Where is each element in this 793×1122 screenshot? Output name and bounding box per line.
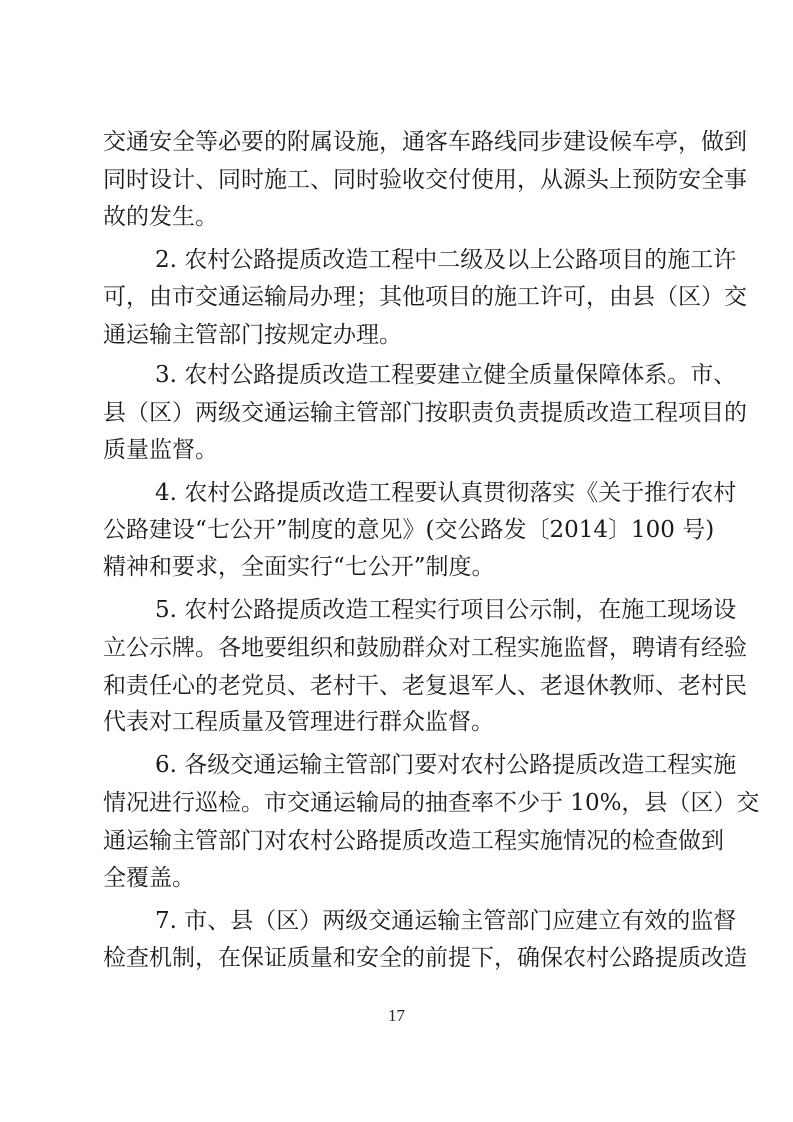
text-line: 质量监督。 [103,431,691,469]
item-6-first-line: 6. 各级交通运输主管部门要对农村公路提质改造工程实施 [103,746,691,784]
page-number: 17 [0,1006,793,1026]
text-line: 精神和要求，全面实行“七公开”制度。 [103,548,691,586]
item-5-first-line: 5. 农村公路提质改造工程实行项目公示制，在施工现场设 [103,591,691,629]
text-line: 立公示牌。各地要组织和鼓励群众对工程实施监督，聘请有经验 [103,629,691,667]
text-line: 故的发生。 [103,198,691,236]
text-line: 全覆盖。 [103,859,691,897]
text-line: 可，由市交通运输局办理；其他项目的施工许可，由县（区）交 [103,278,691,316]
text-line: 和责任心的老党员、老村干、老复退军人、老退休教师、老村民 [103,667,691,705]
document-page: 交通安全等必要的附属设施，通客车路线同步建设候车亭，做到 同时设计、同时施工、同… [0,0,793,1122]
text-line: 县（区）两级交通运输主管部门按职责负责提质改造工程项目的 [103,394,691,432]
text-line: 交通安全等必要的附属设施，通客车路线同步建设候车亭，做到 [103,123,691,161]
item-2-first-line: 2. 农村公路提质改造工程中二级及以上公路项目的施工许 [103,241,691,279]
text-line: 公路建设“七公开”制度的意见》(交公路发〔2014〕100 号) [103,511,691,549]
item-4-first-line: 4. 农村公路提质改造工程要认真贯彻落实《关于推行农村 [103,474,691,512]
text-line: 情况进行巡检。市交通运输局的抽查率不少于 10%，县（区）交 [103,784,691,822]
text-line: 通运输主管部门对农村公路提质改造工程实施情况的检查做到 [103,822,691,860]
text-line: 通运输主管部门按规定办理。 [103,316,691,354]
text-line: 代表对工程质量及管理进行群众监督。 [103,703,691,741]
text-line: 检查机制，在保证质量和安全的前提下，确保农村公路提质改造 [103,939,691,977]
text-line: 同时设计、同时施工、同时验收交付使用，从源头上预防安全事 [103,161,691,199]
item-7-first-line: 7. 市、县（区）两级交通运输主管部门应建立有效的监督 [103,902,691,940]
item-3-first-line: 3. 农村公路提质改造工程要建立健全质量保障体系。市、 [103,356,691,394]
